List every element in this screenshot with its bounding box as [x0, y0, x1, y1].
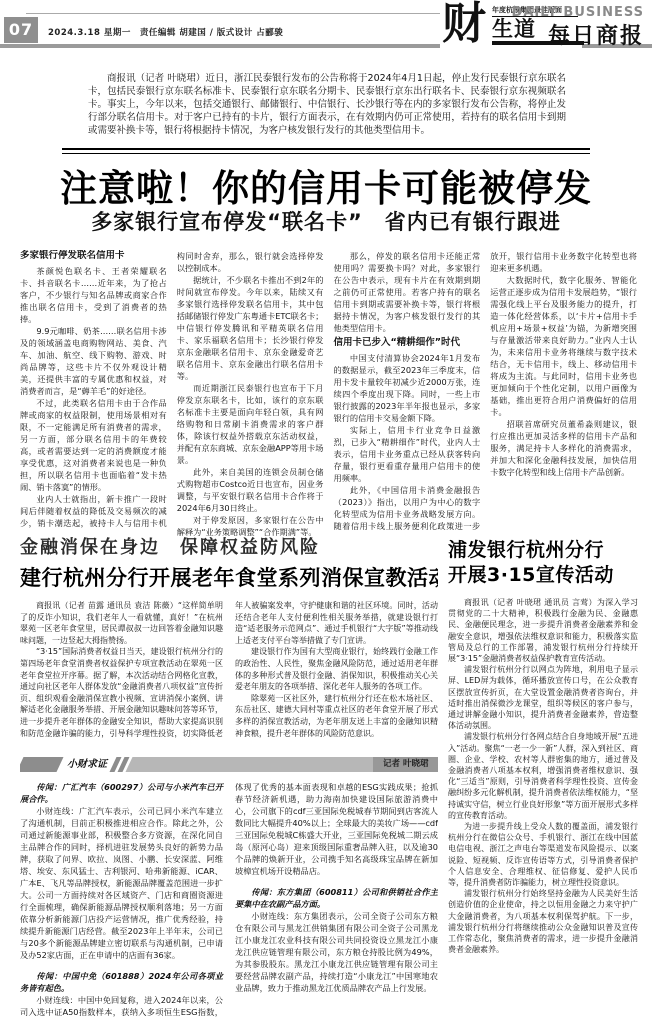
bottom-left-section: 金融消保在身边 保障权益防风险 建行杭州分行开展老年食堂系列消保宣教活动 商报讯…	[20, 533, 438, 1024]
main-article-paragraph: 9.9元咖啡、奶茶……联名信用卡涉及的领域涵盖电商购物网站、美食、汽车、加油、航…	[20, 325, 167, 397]
xiaocai-section-bar: 小财求证 记者 叶晓珺	[20, 757, 438, 772]
main-article-paragraph: 不过，此类联名信用卡由于合作品牌或商家的权益限制，使用场景相对有限，不一定能满足…	[20, 397, 167, 493]
ccb-paragraph: 除翠苑一区社区外，建行杭州分行还在松木场社区、东岳社区、建德大同村等重点社区的老…	[235, 693, 438, 739]
spdb-title-line2: 开展3·15宣传活动	[448, 563, 638, 588]
rumor-item: 传闻：东方集团（600811）公司和供销社合作主要集中在农副产品方面。	[235, 886, 438, 910]
spdb-paragraph: 浦发银行杭州分行各网点结合自身地域开展“五进入”活动。聚焦“一老一少一新”人群，…	[448, 731, 638, 821]
main-headline: 注意啦！你的信用卡可能被停发	[0, 158, 652, 212]
lead-double-rule	[62, 148, 590, 154]
rumor-reply: 小财连线：东方集团表示，公司全资子公司东方粮仓有限公司与黑龙江供销集团有限公司全…	[235, 910, 438, 994]
xiaocai-byline: 记者 叶晓珺	[373, 757, 438, 772]
main-article-paragraph: 那么，停发的联名信用卡还能正常使用吗？需要换卡吗？对此，多家银行在公告中表示，现…	[334, 250, 481, 334]
main-article-body: 多家银行停发联名信用卡 茶颜悦色联名卡、王者荣耀联名卡、抖音联名卡……近年来，为…	[20, 250, 637, 544]
spdb-paragraph: 商报讯（记者 叶晓珺 通讯员 言莺）为深入学习贯彻党的二十大精神，积极践行金融为…	[448, 597, 638, 664]
page-number: 07	[4, 17, 38, 43]
ccb-article-body: 商报讯（记者 苗露 通讯员 袁洁 陈薇）“这样简单明了的反诈小知识，我们老年人一…	[20, 600, 438, 750]
spdb-paragraph: 为进一步提升线上受众人数的覆盖面，浦发银行杭州分行在微信公众号、手机银行、浙江在…	[448, 821, 638, 888]
main-article-paragraph: 实际上，信用卡行业竞争日益激烈，已步入“精耕细作”时代，业内人士表示，信用卡业务…	[334, 424, 481, 484]
spdb-title-line1: 浦发银行杭州分行	[448, 538, 638, 563]
bottom-right-section: 浦发银行杭州分行 开展3·15宣传活动 商报讯（记者 叶晓珺 通讯员 言莺）为深…	[448, 538, 638, 1024]
masthead-thick-rule-left	[0, 44, 440, 48]
xiaocai-body: 传闻：广汇汽车（600297）公司与小米汽车已开展合作。 小财连线：广汇汽车表示…	[20, 781, 438, 1024]
spdb-paragraph: 浦发银行杭州分行以网点为阵地，利用电子显示屏、LED屏为载体，循环播放宣传口号，…	[448, 664, 638, 731]
main-article-paragraph: 招联首席研究员董希淼则建议，银行应推出更加灵活多样的信用卡产品和服务，满足持卡人…	[490, 418, 637, 478]
xiaocai-section-title: 小财求证	[65, 757, 113, 772]
ccb-paragraph: 商报讯（记者 苗露 通讯员 袁洁 陈薇）“这样简单明了的反诈小知识，我们老年人一…	[20, 600, 223, 646]
main-article-paragraph: 中国支付清算协会2024年1月发布的数据显示，截至2023年三季度末，信用卡发卡…	[334, 352, 481, 424]
logo-cai-character: 财	[442, 0, 486, 49]
main-article-paragraph: 而近期浙江民泰银行也宣布于下月停发京东联名卡，比如，该行的京东联名标准卡主要是面…	[177, 382, 324, 466]
main-article-paragraph: 据统计，不少联名卡推出不到2年的时间就宣布停发。今年以来，陆续又有多家银行选择停…	[177, 274, 324, 382]
lead-paragraph: 商报讯（记者 叶晓珺）近日，浙江民泰银行发布的公告称将于2024年4月1日起，停…	[88, 72, 566, 137]
spdb-article-title: 浦发银行杭州分行 开展3·15宣传活动	[448, 538, 638, 588]
paper-name-english: DAILY BUSINESS	[512, 5, 644, 20]
masthead-thin-rule	[26, 13, 440, 14]
spdb-article-body: 商报讯（记者 叶晓珺 通讯员 言莺）为深入学习贯彻党的二十大精神，积极践行金融为…	[448, 597, 638, 956]
main-article-paragraph: 此外，来自美国的连锁会员制仓储式购物超市Costco近日也宣布，因业务调整，与平…	[177, 466, 324, 514]
date-editors-line: 2024.3.18 星期一 责任编辑 胡建国 / 版式设计 占郦骏	[48, 26, 283, 38]
rumor-item: 传闻：广汇汽车（600297）公司与小米汽车已开展合作。	[20, 781, 223, 805]
paper-name-chinese: 每日商报	[548, 19, 644, 50]
spdb-paragraph: 浦发银行杭州分行始终坚持金融为人民美好生活创造价值的企业使命，持之以恒用金融之力…	[448, 888, 638, 955]
main-article-paragraph: 茶颜悦色联名卡、王者荣耀联名卡、抖音联名卡……近年来，为了抢占客户，不少银行与知…	[20, 265, 167, 325]
main-subheadline: 多家银行宣布停发“联名卡” 省内已有银行跟进	[0, 206, 652, 236]
main-article-paragraph: 大数据时代，数字化服务、智能化运营正逐步成为信用卡发展趋势，“银行需强化线上平台…	[490, 274, 637, 418]
ccb-paragraph: 建设银行作为国有大型商业银行，始终践行金融工作的政治性、人民性，聚焦金融风险防范…	[235, 646, 438, 692]
xiaocai-bar-block	[20, 757, 63, 772]
newspaper-page: 07 2024.3.18 星期一 责任编辑 胡建国 / 版式设计 占郦骏 财 年…	[0, 0, 652, 1024]
main-article-subhead-2: 信用卡已步入“精耕细作”时代	[334, 337, 481, 349]
rumor-item: 传闻：中国中免（601888）2024年公司各项业务皆有起色。	[20, 970, 223, 994]
main-article-subhead-1: 多家银行停发联名信用卡	[20, 250, 167, 262]
xiaocai-bar-fill: 记者 叶晓珺	[126, 757, 438, 772]
ccb-article-title: 建行杭州分行开展老年食堂系列消保宣教活动	[20, 562, 438, 592]
ccb-article-kicker: 金融消保在身边 保障权益防风险	[20, 533, 438, 559]
rumor-reply: 小财连线：广汇汽车表示，公司已同小米汽车建立了沟通机制，目前正积极推进相应合作。…	[20, 805, 223, 961]
